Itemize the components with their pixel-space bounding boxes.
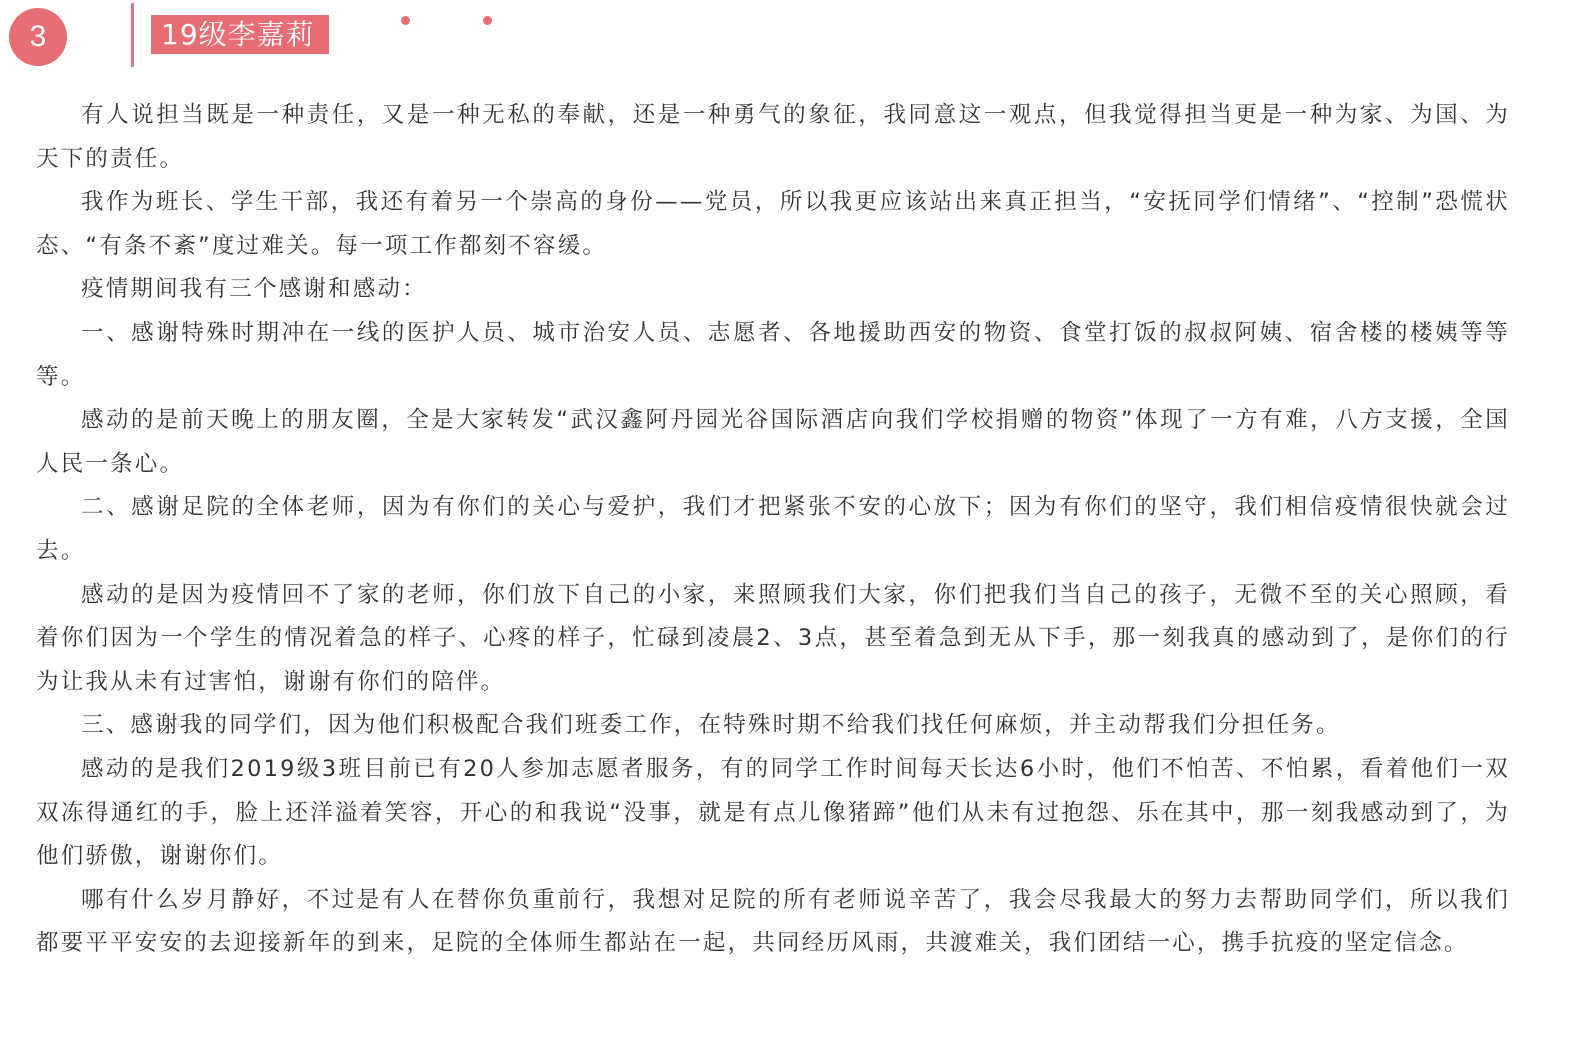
section-header: 3 19级李嘉莉 xyxy=(0,0,1580,80)
paragraph-moved-three: 感动的是我们2019级3班目前已有20人参加志愿者服务，有的同学工作时间每天长达… xyxy=(36,748,1510,879)
paragraph-moved-two: 感动的是因为疫情回不了家的老师，你们放下自己的小家，来照顾我们大家，你们把我们当… xyxy=(36,574,1510,705)
vertical-divider xyxy=(131,3,134,67)
paragraph-thanks-two: 二、感谢足院的全体老师，因为有你们的关心与爱护，我们才把紧张不安的心放下；因为有… xyxy=(36,486,1510,573)
paragraph-intro: 有人说担当既是一种责任，又是一种无私的奉献，还是一种勇气的象征，我同意这一观点，… xyxy=(36,94,1510,181)
paragraph-role: 我作为班长、学生干部，我还有着另一个崇高的身份——党员，所以我更应该站出来真正担… xyxy=(36,181,1510,268)
section-number-badge: 3 xyxy=(9,8,67,66)
author-name-tag: 19级李嘉莉 xyxy=(151,15,329,54)
paragraph-conclusion: 哪有什么岁月静好，不过是有人在替你负重前行，我想对足院的所有老师说辛苦了，我会尽… xyxy=(36,879,1510,966)
article-body: 有人说担当既是一种责任，又是一种无私的奉献，还是一种勇气的象征，我同意这一观点，… xyxy=(36,94,1510,966)
paragraph-thanks-one: 一、感谢特殊时期冲在一线的医护人员、城市治安人员、志愿者、各地援助西安的物资、食… xyxy=(36,312,1510,399)
decorative-dot-icon xyxy=(401,16,410,25)
decorative-dot-icon xyxy=(483,16,492,25)
paragraph-thanks-heading: 疫情期间我有三个感谢和感动： xyxy=(36,268,1510,312)
paragraph-moved-one: 感动的是前天晚上的朋友圈，全是大家转发“武汉鑫阿丹园光谷国际酒店向我们学校捐赠的… xyxy=(36,399,1510,486)
paragraph-thanks-three: 三、感谢我的同学们，因为他们积极配合我们班委工作，在特殊时期不给我们找任何麻烦，… xyxy=(36,704,1510,748)
